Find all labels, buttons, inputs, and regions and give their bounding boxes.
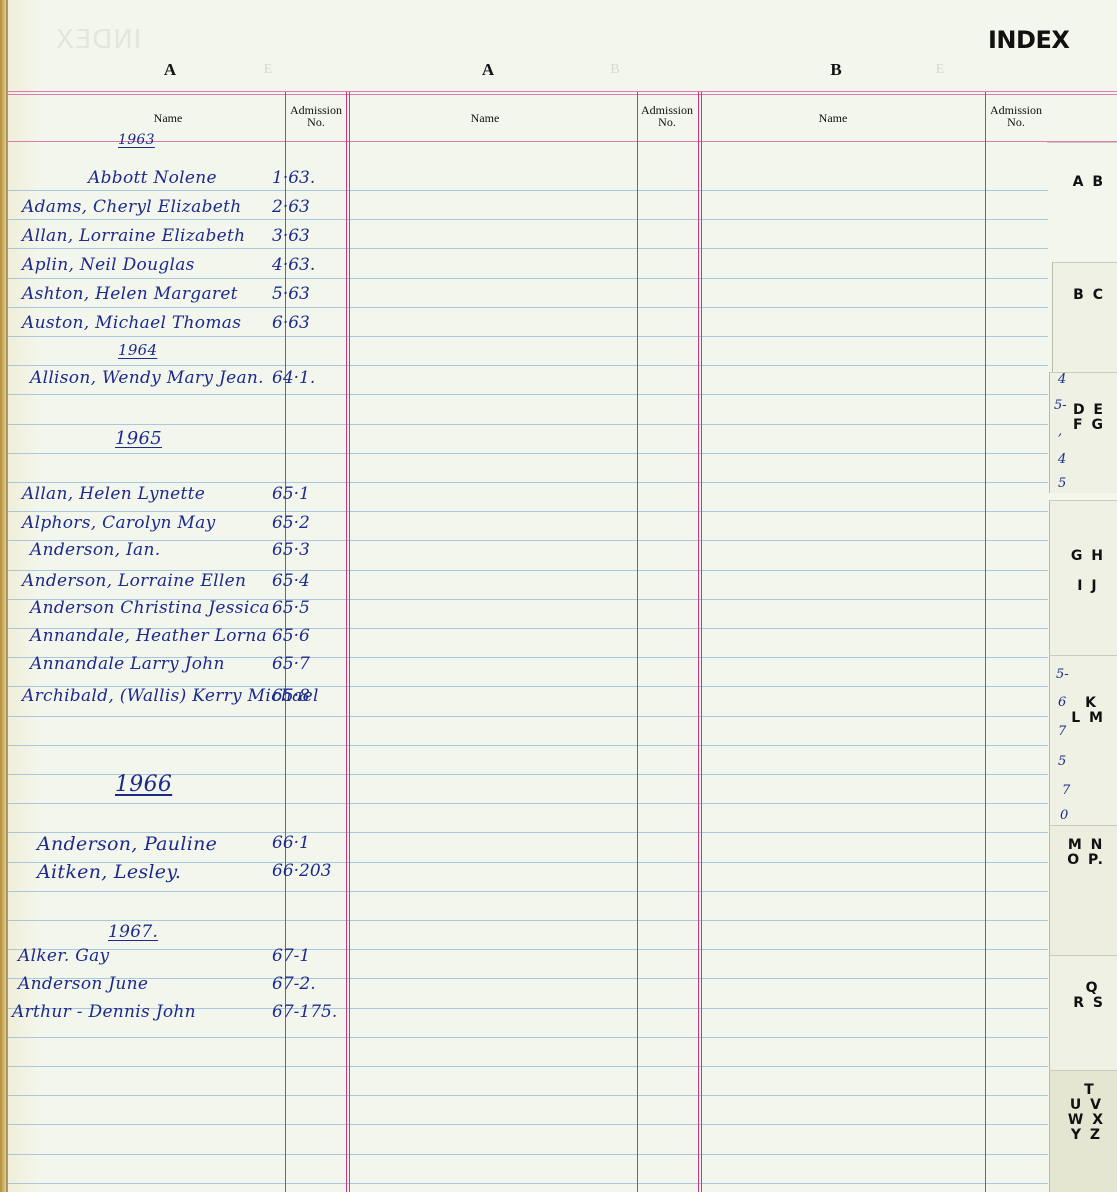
index-tab-label: A B — [1073, 175, 1105, 190]
ruled-line — [8, 1124, 1048, 1125]
entry-admission-no: 65·5 — [272, 598, 310, 618]
ghost-index-title: INDEX — [55, 25, 141, 55]
index-tab-label: D EF G — [1073, 403, 1105, 433]
tab-handwritten-note: 5- — [1056, 667, 1069, 682]
entry-admission-no: 67-175. — [272, 1002, 337, 1022]
column-divider — [346, 92, 347, 1192]
ruled-line — [8, 394, 1048, 395]
index-tab[interactable]: M NO P. — [1049, 825, 1117, 961]
page-binding — [0, 0, 8, 1192]
index-tab-label: B C — [1073, 288, 1105, 303]
ruled-line — [8, 511, 1048, 512]
section-letter-col2: A — [482, 60, 494, 80]
year-heading: 1966 — [115, 772, 172, 797]
index-tab-label: QR S — [1073, 981, 1105, 1011]
entry-name: Aplin, Neil Douglas — [22, 255, 195, 275]
entry-name: Allison, Wendy Mary Jean. — [30, 368, 264, 388]
section-letter-col1: A — [164, 60, 176, 80]
entry-admission-no: 5·63 — [272, 284, 310, 304]
ghost-letter: E — [264, 62, 273, 78]
tab-handwritten-note: 0 — [1060, 808, 1068, 823]
entry-admission-no: 65·1 — [272, 484, 310, 504]
ruled-line — [8, 365, 1048, 366]
entry-admission-no: 65·8 — [272, 686, 310, 706]
ruled-line — [8, 1037, 1048, 1038]
tab-handwritten-note: 5 — [1058, 476, 1066, 491]
ruled-line — [8, 1183, 1048, 1184]
column-divider — [985, 92, 986, 1192]
column-divider — [698, 92, 699, 1192]
admission-header-line2: No. — [307, 115, 325, 129]
ruled-line — [8, 716, 1048, 717]
admission-header-line2: No. — [1007, 115, 1025, 129]
entry-name: Allan, Lorraine Elizabeth — [22, 226, 245, 246]
col3-name-header: Name — [819, 112, 848, 124]
tab-handwritten-note: 7 — [1062, 783, 1070, 798]
index-tab[interactable]: B C — [1052, 262, 1117, 383]
tab-handwritten-note: 7 — [1058, 724, 1066, 739]
index-tab[interactable]: A B — [1047, 142, 1117, 261]
entry-name: Anderson Christina Jessica — [30, 598, 270, 618]
admission-header-line2: No. — [658, 115, 676, 129]
ruled-line — [8, 307, 1048, 308]
entry-name: Alker. Gay — [18, 946, 109, 966]
ruled-line — [8, 745, 1048, 746]
entry-admission-no: 65·6 — [272, 626, 310, 646]
entry-name: Auston, Michael Thomas — [22, 313, 241, 333]
index-tab[interactable]: TU VW XY Z — [1049, 1070, 1117, 1192]
ruled-line — [8, 978, 1048, 979]
ruled-line — [8, 424, 1048, 425]
entry-name: Annandale Larry John — [30, 654, 225, 674]
ruled-line — [8, 453, 1048, 454]
entry-name: Abbott Nolene — [88, 168, 217, 188]
column-divider — [701, 92, 702, 1192]
ruled-line — [8, 1154, 1048, 1155]
entry-name: Anderson, Ian. — [30, 540, 160, 560]
ruled-line — [8, 540, 1048, 541]
entry-name: Ashton, Helen Margaret — [22, 284, 238, 304]
index-tab-label: KL M — [1071, 696, 1105, 726]
ruled-line — [8, 949, 1048, 950]
ruled-line — [8, 190, 1048, 191]
ruled-line — [8, 248, 1048, 249]
col1-name-header: Name — [154, 112, 183, 124]
ruled-line — [8, 891, 1048, 892]
entry-name: Arthur - Dennis John — [12, 1002, 196, 1022]
index-tab[interactable]: G HI J — [1049, 500, 1117, 661]
entry-name: Anderson June — [18, 974, 148, 994]
ghost-letter: B — [610, 62, 619, 78]
tab-handwritten-note: 4 — [1058, 372, 1066, 387]
entry-name: Anderson, Lorraine Ellen — [22, 571, 246, 591]
entry-name: Annandale, Heather Lorna — [30, 626, 267, 646]
entry-name: Adams, Cheryl Elizabeth — [22, 197, 242, 217]
tab-handwritten-note: 5 — [1058, 754, 1066, 769]
ruled-line — [8, 1095, 1048, 1096]
entry-admission-no: 2·63 — [272, 197, 310, 217]
entry-admission-no: 66·203 — [272, 861, 331, 881]
entry-admission-no: 4·63. — [272, 255, 315, 275]
col1-admission-header: Admission No. — [290, 104, 342, 128]
section-letter-col3: B — [830, 60, 841, 80]
entry-admission-no: 66·1 — [272, 833, 310, 853]
year-heading: 1964 — [118, 341, 157, 359]
ruled-line — [8, 482, 1048, 483]
entry-name: Aitken, Lesley. — [37, 861, 181, 883]
entry-admission-no: 6·63 — [272, 313, 310, 333]
entry-name: Anderson, Pauline — [37, 833, 217, 855]
ruled-line — [8, 219, 1048, 220]
index-tab[interactable]: QR S — [1049, 955, 1117, 1071]
tab-handwritten-note: , — [1058, 424, 1062, 439]
year-heading: 1967. — [108, 922, 158, 942]
year-heading: 1963 — [118, 132, 155, 148]
entry-admission-no: 67-2. — [272, 974, 316, 994]
header-rule-bottom — [8, 141, 1117, 142]
column-divider — [349, 92, 350, 1192]
entry-admission-no: 1·63. — [272, 168, 315, 188]
tab-handwritten-note: 4 — [1058, 452, 1066, 467]
ruled-line — [8, 920, 1048, 921]
header-rule-top-double — [8, 94, 1117, 95]
entry-name: Allan, Helen Lynette — [22, 484, 205, 504]
entry-admission-no: 65·7 — [272, 654, 310, 674]
entry-admission-no: 65·2 — [272, 513, 310, 533]
col2-name-header: Name — [471, 112, 500, 124]
ruled-line — [8, 1066, 1048, 1067]
tab-handwritten-note: 6 — [1058, 695, 1066, 710]
entry-name: Alphors, Carolyn May — [22, 513, 215, 533]
entry-admission-no: 3·63 — [272, 226, 310, 246]
column-divider — [637, 92, 638, 1192]
entry-admission-no: 64·1. — [272, 368, 315, 388]
ruled-line — [8, 336, 1048, 337]
index-title: INDEX — [988, 26, 1069, 54]
entry-admission-no: 65·3 — [272, 540, 310, 560]
ledger-page: INDEX INDEX A E A B B E Name Admission N… — [0, 0, 1117, 1192]
ruled-line — [8, 278, 1048, 279]
index-tab-label: TU VW XY Z — [1068, 1083, 1105, 1143]
year-heading: 1965 — [115, 428, 162, 449]
col3-admission-header: Admission No. — [990, 104, 1042, 128]
ghost-letter: E — [936, 62, 945, 78]
entry-admission-no: 65·4 — [272, 571, 310, 591]
index-tab-label: G HI J — [1071, 549, 1105, 594]
col2-admission-header: Admission No. — [641, 104, 693, 128]
header-rule-top — [8, 91, 1117, 92]
ruled-line — [8, 803, 1048, 804]
index-tab-label: M NO P. — [1067, 838, 1105, 868]
tab-handwritten-note: 5- — [1054, 398, 1067, 413]
entry-admission-no: 67-1 — [272, 946, 310, 966]
